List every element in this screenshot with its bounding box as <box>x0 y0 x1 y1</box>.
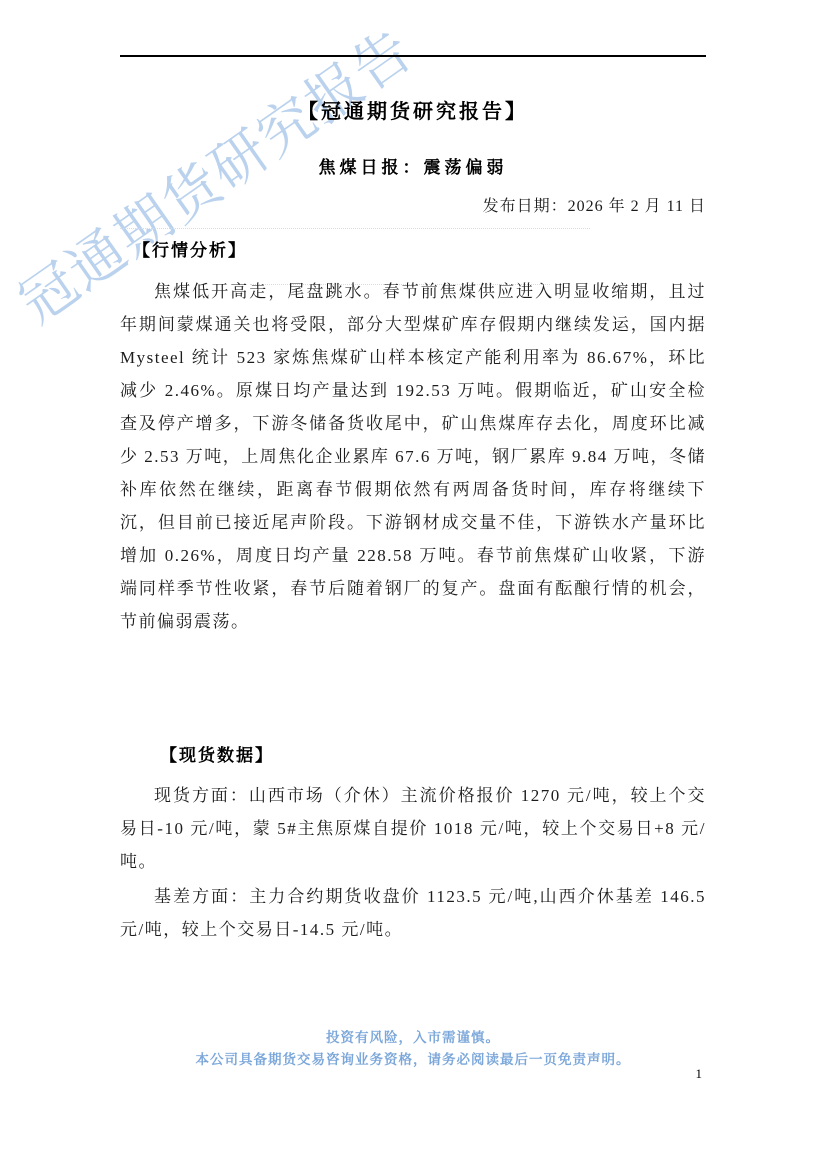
footer-risk-warning: 投资有风险，入市需谨慎。 <box>0 1027 826 1049</box>
spot-price-paragraph: 现货方面：山西市场（介休）主流价格报价 1270 元/吨，较上个交易日-10 元… <box>120 779 706 878</box>
header-rule <box>120 55 706 57</box>
section-heading-spot-data: 【现货数据】 <box>120 741 706 766</box>
page-footer: 投资有风险，入市需谨慎。 本公司具备期货交易咨询业务资格，请务必阅读最后一页免责… <box>0 1027 826 1071</box>
report-subtitle: 焦煤日报：震荡偏弱 <box>120 153 706 178</box>
report-page: 冠通期货研究报告 【冠通期货研究报告】 焦煤日报：震荡偏弱 发布日期：2026 … <box>0 0 826 1169</box>
report-body: 【冠通期货研究报告】 焦煤日报：震荡偏弱 发布日期：2026 年 2 月 11 … <box>120 55 706 946</box>
report-series-title: 【冠通期货研究报告】 <box>120 95 706 124</box>
basis-paragraph: 基差方面：主力合约期货收盘价 1123.5 元/吨,山西介休基差 146.5 元… <box>120 880 706 946</box>
footer-disclaimer: 本公司具备期货交易咨询业务资格，请务必阅读最后一页免责声明。 <box>0 1049 826 1071</box>
page-number: 1 <box>696 1066 703 1082</box>
market-analysis-paragraph: 焦煤低开高走，尾盘跳水。春节前焦煤供应进入明显收缩期，且过年期间蒙煤通关也将受限… <box>120 275 706 638</box>
section-heading-market-analysis: 【行情分析】 <box>120 236 706 261</box>
publish-date: 发布日期：2026 年 2 月 11 日 <box>120 193 706 216</box>
